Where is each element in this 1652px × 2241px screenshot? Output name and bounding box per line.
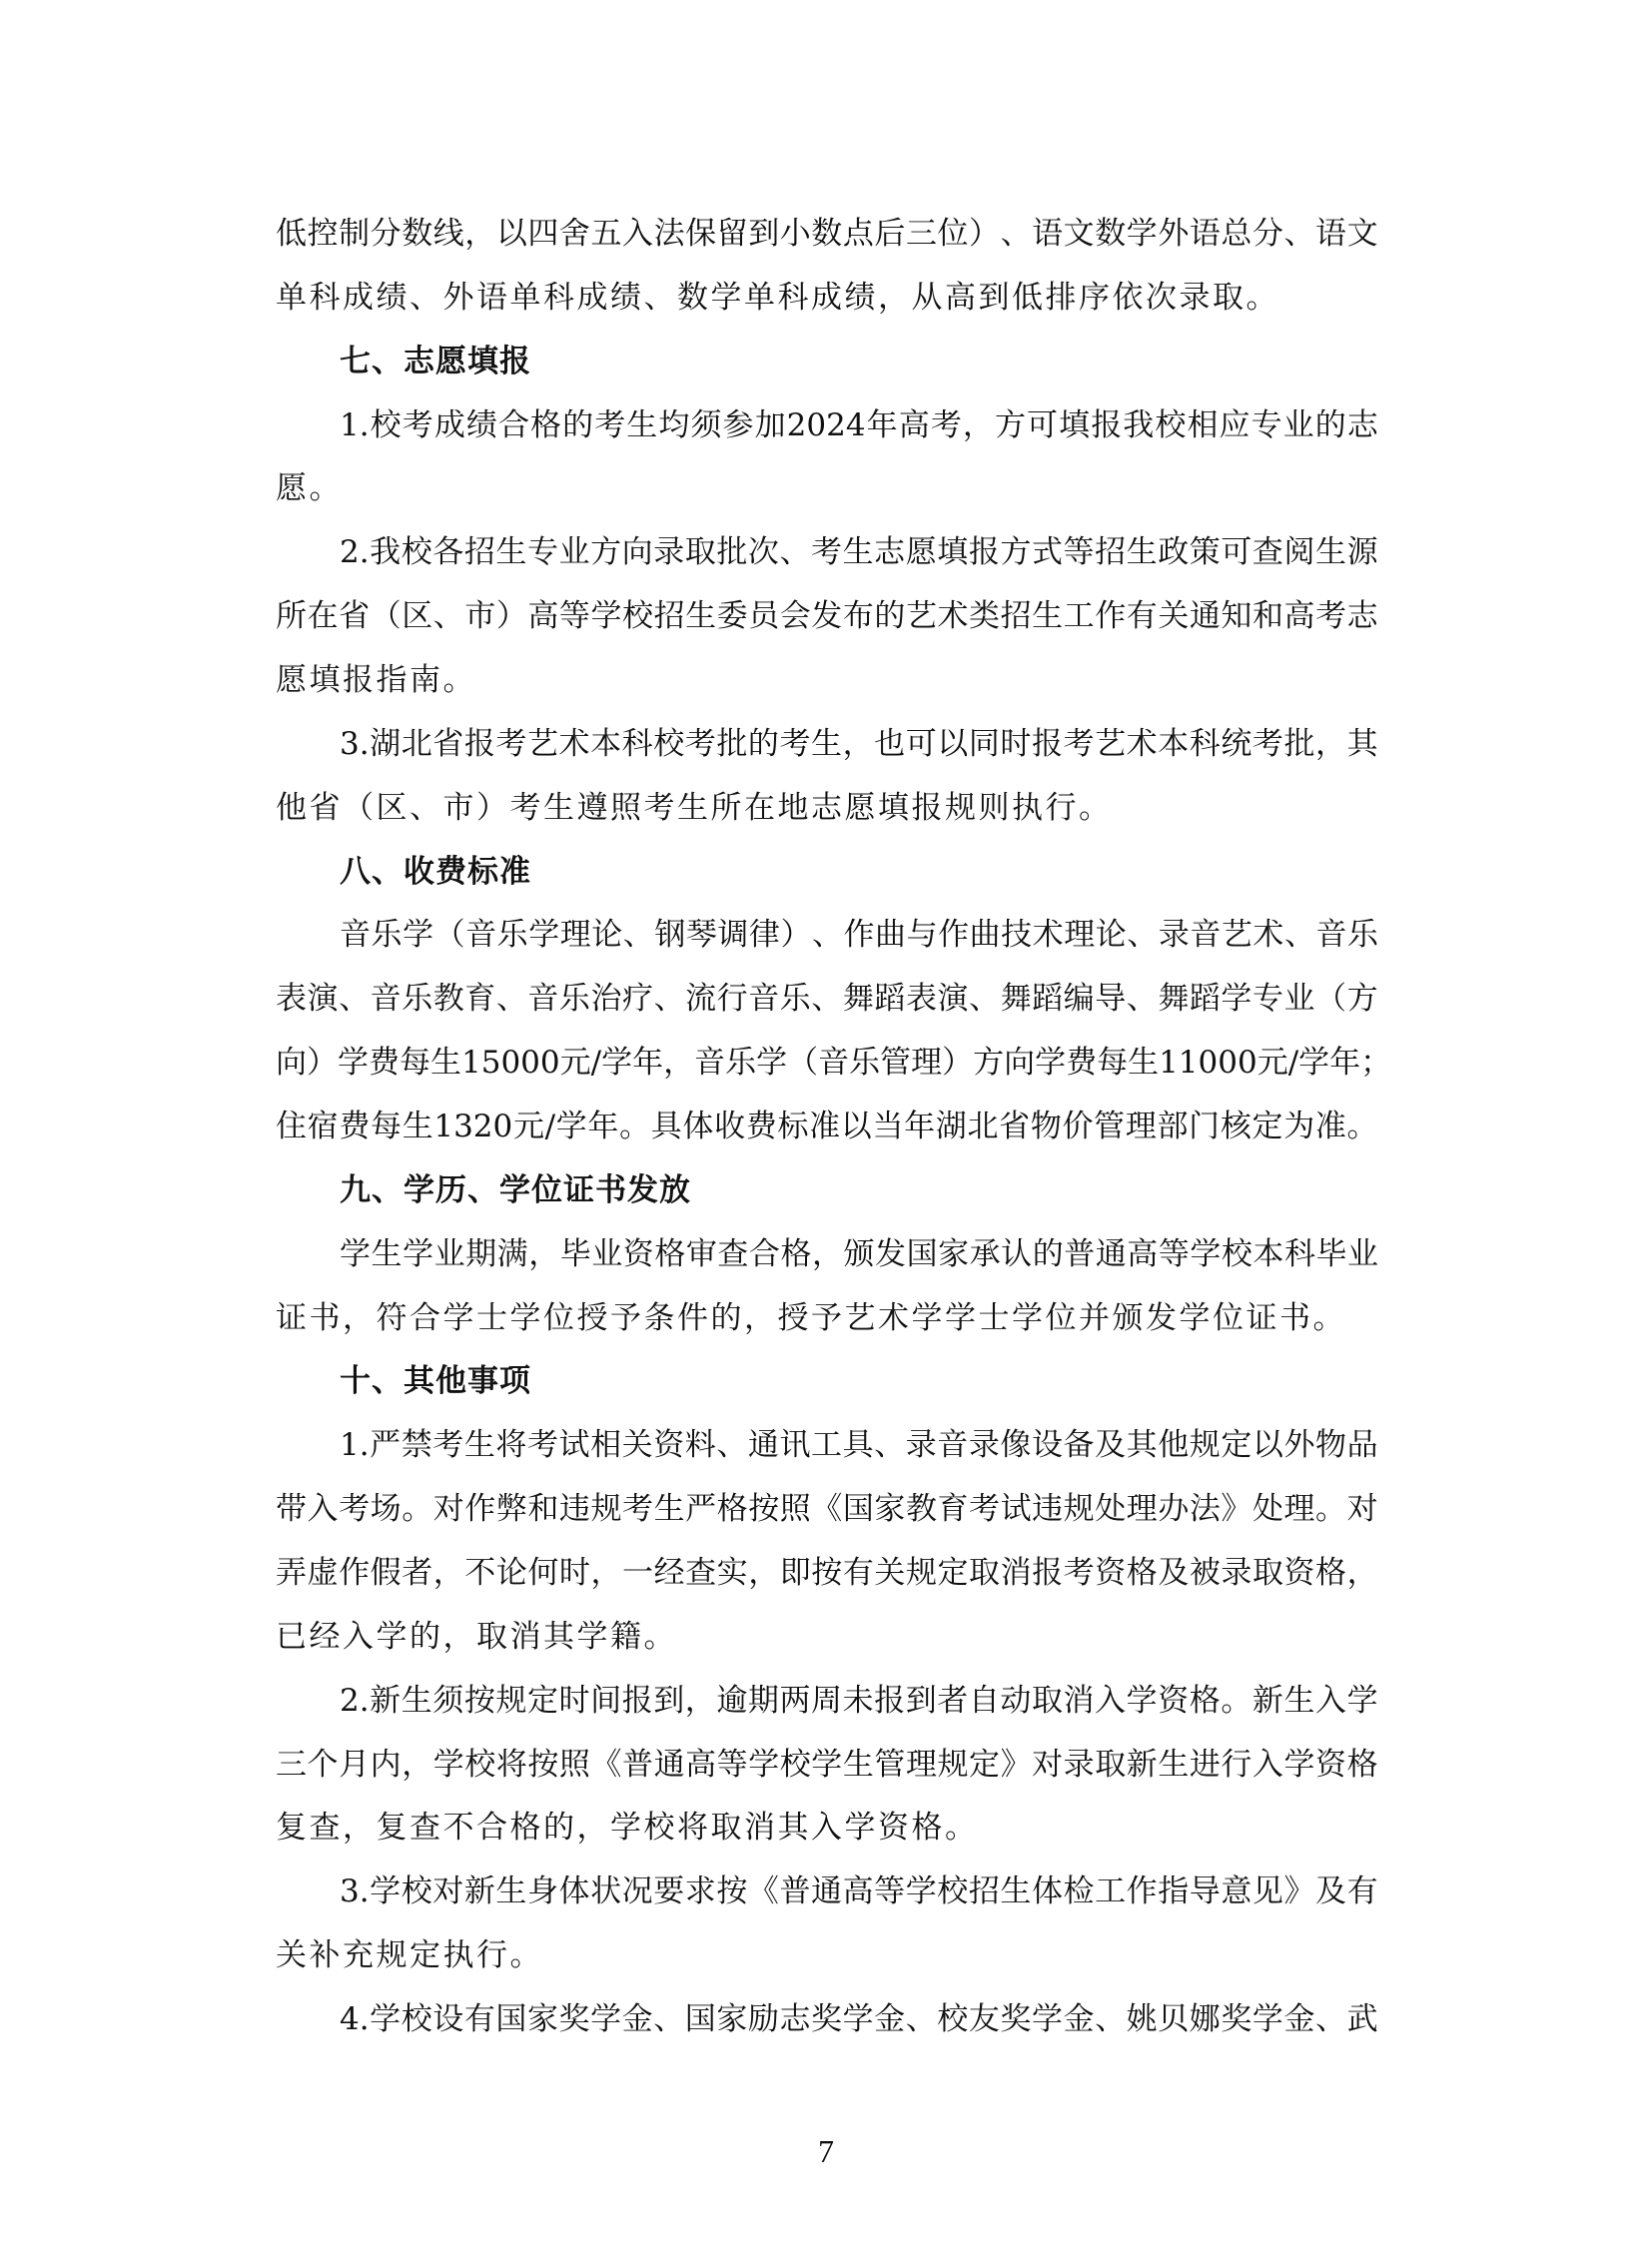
- body-text-line: 带入考场。对作弊和违规考生严格按照《国家教育考试违规处理办法》处理。对: [276, 1478, 1378, 1542]
- body-text-line: 低控制分数线，以四舍五入法保留到小数点后三位）、语文数学外语总分、语文: [276, 203, 1378, 267]
- body-text-line: 3.湖北省报考艺术本科校考批的考生，也可以同时报考艺术本科统考批，其: [276, 713, 1378, 777]
- body-text-line: 所在省（区、市）高等学校招生委员会发布的艺术类招生工作有关通知和高考志: [276, 585, 1378, 649]
- body-text-line: 证书，符合学士学位授予条件的，授予艺术学学士学位并颁发学位证书。: [276, 1287, 1378, 1351]
- page-content: 低控制分数线，以四舍五入法保留到小数点后三位）、语文数学外语总分、语文 单科成绩…: [276, 203, 1378, 2052]
- body-text-line: 三个月内，学校将按照《普通高等学校学生管理规定》对录取新生进行入学资格: [276, 1734, 1378, 1798]
- section-heading-zhiyuan-tianbao: 七、志愿填报: [276, 331, 1378, 394]
- body-text-line: 弄虚作假者，不论何时，一经查实，即按有关规定取消报考资格及被录取资格，: [276, 1542, 1378, 1606]
- body-text-line: 关补充规定执行。: [276, 1924, 1378, 1988]
- document-page: 低控制分数线，以四舍五入法保留到小数点后三位）、语文数学外语总分、语文 单科成绩…: [0, 0, 1652, 2241]
- body-text-line: 1.校考成绩合格的考生均须参加2024年高考，方可填报我校相应专业的志: [276, 394, 1378, 458]
- section-heading-qita-shixiang: 十、其他事项: [276, 1350, 1378, 1414]
- body-text-line: 1.严禁考生将考试相关资料、通讯工具、录音录像设备及其他规定以外物品: [276, 1414, 1378, 1478]
- body-text-line: 住宿费每生1320元/学年。具体收费标准以当年湖北省物价管理部门核定为准。: [276, 1096, 1378, 1159]
- body-text-line: 已经入学的，取消其学籍。: [276, 1606, 1378, 1670]
- section-heading-xueli-xuewei: 九、学历、学位证书发放: [276, 1159, 1378, 1223]
- body-text-line: 表演、音乐教育、音乐治疗、流行音乐、舞蹈表演、舞蹈编导、舞蹈学专业（方: [276, 968, 1378, 1032]
- body-text-line: 愿。: [276, 457, 1378, 521]
- body-text-line: 3.学校对新生身体状况要求按《普通高等学校招生体检工作指导意见》及有: [276, 1861, 1378, 1924]
- body-text-line: 2.我校各招生专业方向录取批次、考生志愿填报方式等招生政策可查阅生源: [276, 521, 1378, 585]
- body-text-line: 2.新生须按规定时间报到，逾期两周未报到者自动取消入学资格。新生入学: [276, 1670, 1378, 1734]
- body-text-line: 4.学校设有国家奖学金、国家励志奖学金、校友奖学金、姚贝娜奖学金、武: [276, 1988, 1378, 2052]
- body-text-line: 他省（区、市）考生遵照考生所在地志愿填报规则执行。: [276, 777, 1378, 841]
- body-text-line: 学生学业期满，毕业资格审查合格，颁发国家承认的普通高等学校本科毕业: [276, 1223, 1378, 1287]
- body-text-line: 复查，复查不合格的，学校将取消其入学资格。: [276, 1797, 1378, 1861]
- body-text-line: 单科成绩、外语单科成绩、数学单科成绩，从高到低排序依次录取。: [276, 267, 1378, 331]
- body-text-line: 向）学费每生15000元/学年，音乐学（音乐管理）方向学费每生11000元/学年…: [276, 1032, 1378, 1096]
- section-heading-shoufei-biaozhun: 八、收费标准: [276, 841, 1378, 905]
- page-number: 7: [0, 2133, 1652, 2170]
- body-text-line: 音乐学（音乐学理论、钢琴调律）、作曲与作曲技术理论、录音艺术、音乐: [276, 904, 1378, 968]
- body-text-line: 愿填报指南。: [276, 649, 1378, 713]
